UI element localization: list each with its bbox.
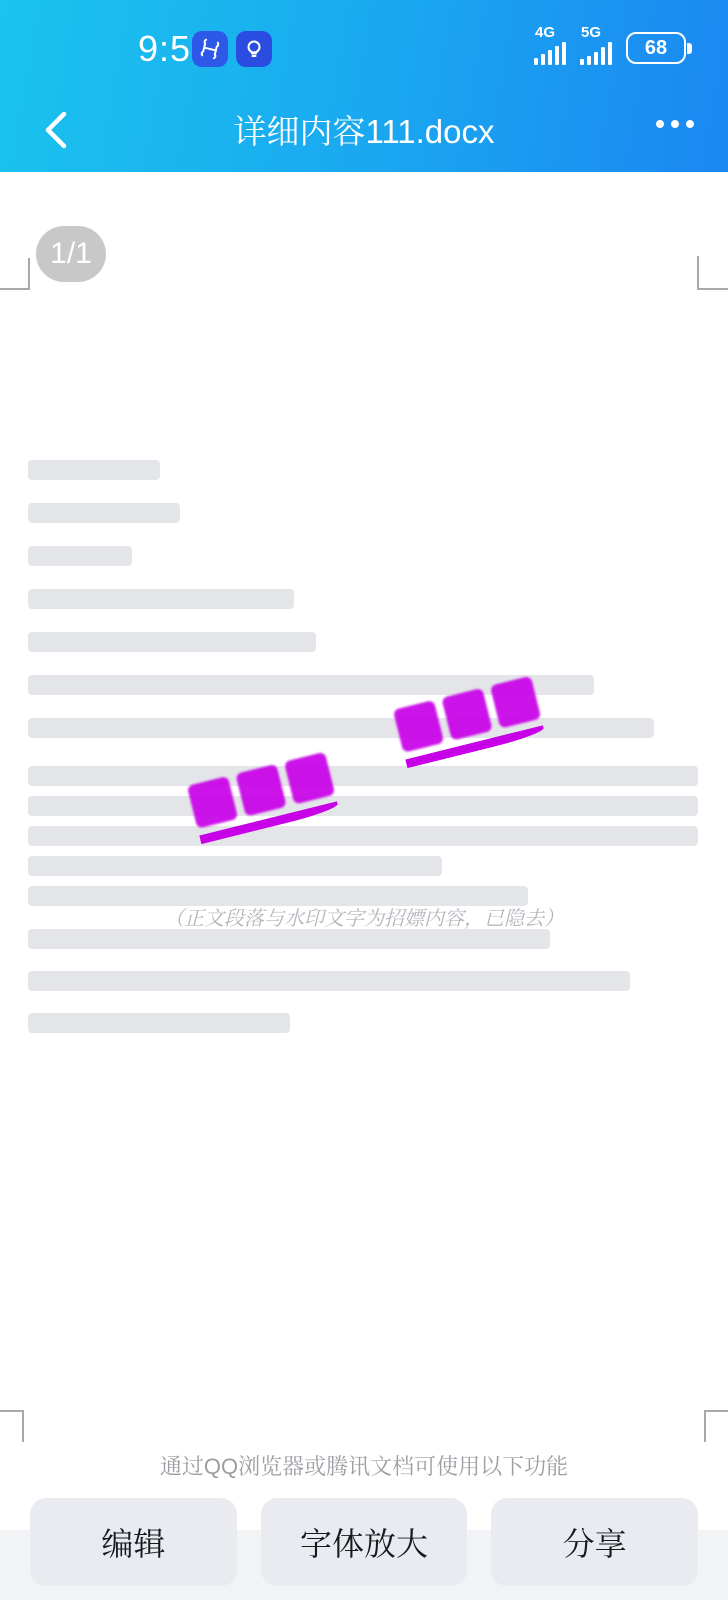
battery-percent: 68 (645, 37, 667, 60)
nav-bar: 详细内容111.docx (0, 90, 728, 172)
network-badge-4g: 4G (535, 26, 555, 40)
redacted-text-line (28, 460, 160, 480)
redaction-notice: （正文段落与水印文字为招嫖内容，已隐去） (0, 902, 728, 931)
redacted-text-line (28, 826, 698, 846)
chevron-left-icon (43, 110, 69, 150)
share-button[interactable]: 分享 (491, 1498, 698, 1586)
app-notification-icon (192, 31, 228, 67)
redacted-text-line (28, 929, 550, 949)
screen: 9:57 4G 5G (0, 0, 728, 1600)
page-indicator-badge: 1/1 (36, 226, 106, 282)
edit-button[interactable]: 编辑 (30, 1498, 237, 1586)
footer-hint: 通过QQ浏览器或腾讯文档可使用以下功能 (0, 1450, 728, 1481)
network-badge-5g: 5G (581, 26, 601, 40)
signal-5g: 5G (580, 26, 612, 65)
redacted-text-line (28, 632, 316, 652)
redacted-text-line (28, 589, 294, 609)
signal-bars-icon (580, 42, 612, 65)
redacted-text-line (28, 796, 698, 816)
footer-toolbar: 编辑 字体放大 分享 (30, 1498, 698, 1586)
more-menu-button[interactable] (656, 120, 694, 128)
redacted-text-line (28, 718, 654, 738)
redacted-text-line (28, 503, 180, 523)
redacted-text-line (28, 971, 630, 991)
redacted-text-line (28, 856, 442, 876)
h-glyph-icon (199, 38, 221, 60)
status-right-cluster: 4G 5G 68 (534, 26, 686, 65)
document-title: 详细内容111.docx (114, 106, 614, 153)
redacted-text-line (28, 546, 132, 566)
redacted-text-line (28, 766, 698, 786)
top-bar: 9:57 4G 5G (0, 0, 728, 172)
status-bar: 9:57 4G 5G (0, 22, 728, 72)
signal-bars-icon (534, 42, 566, 65)
document-canvas[interactable]: 1/1 （正文段落与水印文字为招嫖内容，已隐去） (0, 172, 728, 1546)
battery-icon: 68 (626, 32, 686, 64)
redacted-text-line (28, 1013, 290, 1033)
signal-4g: 4G (534, 26, 566, 65)
font-zoom-button[interactable]: 字体放大 (261, 1498, 468, 1586)
bulb-icon (236, 31, 272, 67)
back-button[interactable] (34, 108, 78, 152)
